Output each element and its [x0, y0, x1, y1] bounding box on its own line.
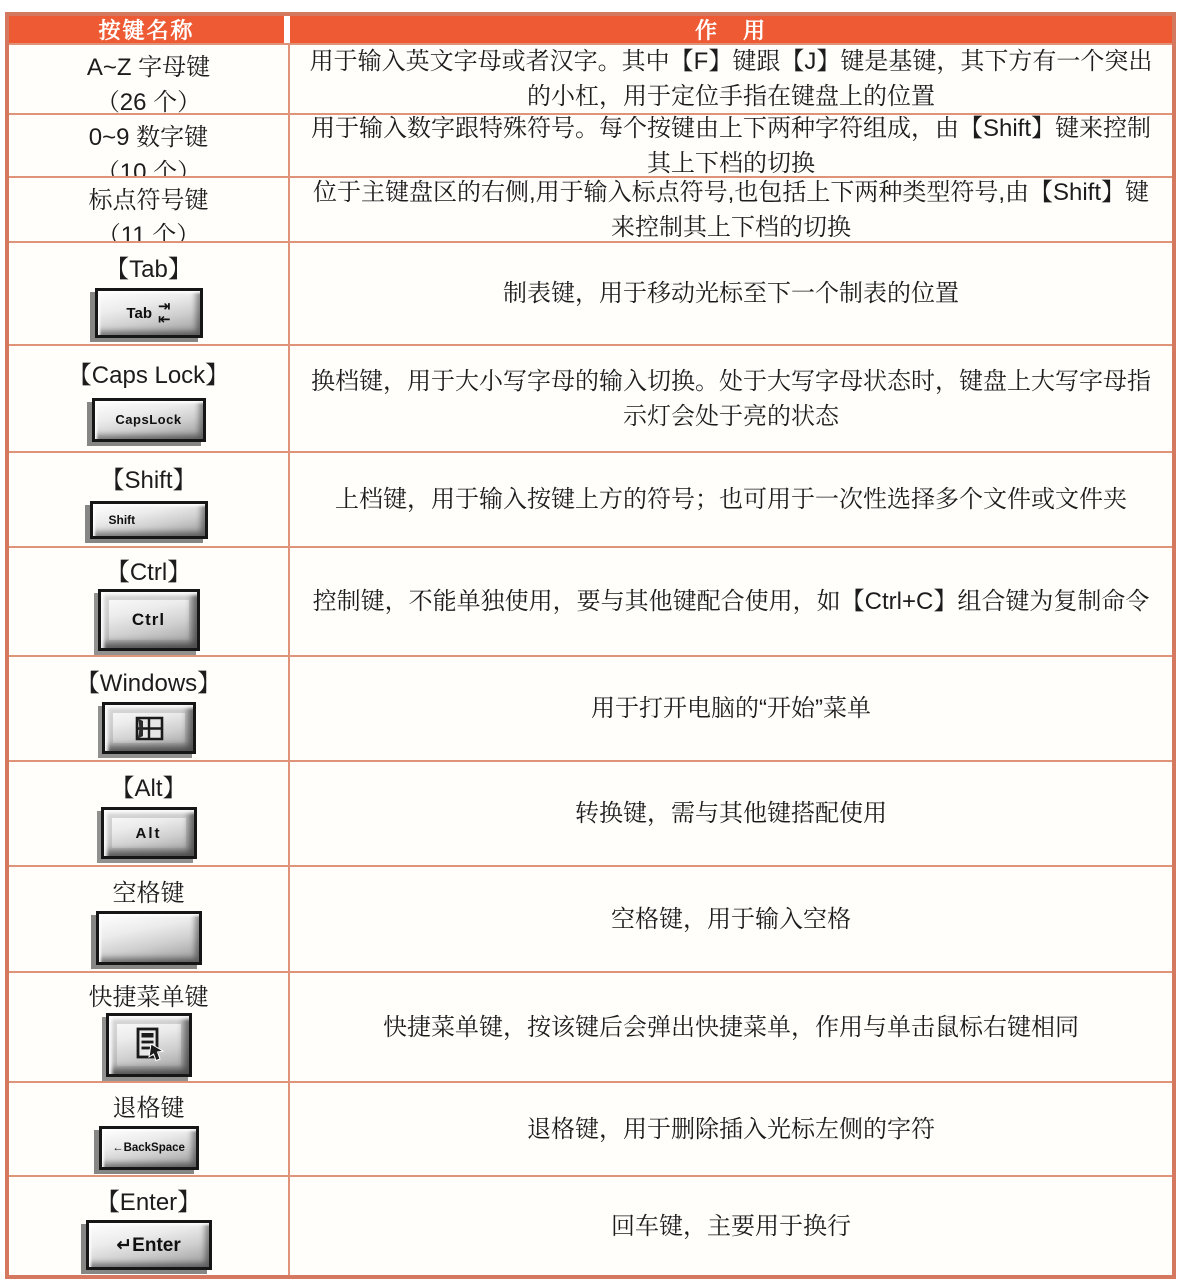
- menu-keycap-image: [106, 1013, 192, 1077]
- key-name-label: 0~9 数字键: [89, 117, 208, 152]
- function-cell: 转换键，需与其他键搭配使用: [290, 760, 1172, 865]
- key-name-cell-shift: 【Shift】 Shift: [9, 451, 290, 546]
- key-name-label: 标点符号键: [89, 180, 209, 215]
- function-text: 空格键，用于输入空格: [611, 902, 851, 937]
- capslock-key-face: CapsLock: [115, 412, 181, 427]
- keyboard-keys-reference-table-page: 按键名称 作 用 A~Z 字母键 （26 个） 用于输入英文字母或者汉字。其中【…: [0, 0, 1182, 1280]
- key-name-cell-backspace: 退格键 ←BackSpace: [9, 1081, 290, 1175]
- function-text: 用于打开电脑的“开始”菜单: [591, 691, 871, 726]
- function-text: 上档键，用于输入按键上方的符号；也可用于一次性选择多个文件或文件夹: [335, 482, 1127, 517]
- key-name-cell-windows: 【Windows】: [9, 655, 290, 760]
- tab-key-face: Tab: [126, 305, 152, 322]
- function-cell: 控制键，不能单独使用，要与其他键配合使用，如【Ctrl+C】组合键为复制命令: [290, 546, 1172, 655]
- function-cell: 制表键，用于移动光标至下一个制表的位置: [290, 241, 1172, 344]
- function-cell: 退格键，用于删除插入光标左侧的字符: [290, 1081, 1172, 1175]
- key-name-cell-punctuation: 标点符号键 （11 个）: [9, 176, 290, 241]
- windows-logo-icon: [132, 715, 166, 742]
- key-name-cell-alt: 【Alt】 Alt: [9, 760, 290, 865]
- shift-keycap-image: Shift: [90, 501, 208, 539]
- function-text: 退格键，用于删除插入光标左侧的字符: [527, 1112, 935, 1147]
- space-keycap-image: [96, 911, 202, 965]
- function-text: 控制键，不能单独使用，要与其他键配合使用，如【Ctrl+C】组合键为复制命令: [313, 584, 1150, 619]
- key-count-label: （26 个）: [96, 82, 201, 117]
- alt-keycap-image: Alt: [101, 807, 197, 859]
- key-name-cell-digits: 0~9 数字键 （10 个）: [9, 113, 290, 176]
- backspace-keycap-image: ←BackSpace: [99, 1126, 199, 1170]
- header-key-name: 按键名称: [9, 16, 290, 43]
- key-name-label: 【Alt】: [110, 768, 186, 803]
- function-cell: 回车键，主要用于换行: [290, 1175, 1172, 1275]
- key-name-cell-capslock: 【Caps Lock】 CapsLock: [9, 344, 290, 451]
- function-cell: 用于输入英文字母或者汉字。其中【F】键跟【J】键是基键，其下方有一个突出的小杠，…: [290, 43, 1172, 113]
- key-name-cell-ctrl: 【Ctrl】 Ctrl: [9, 546, 290, 655]
- shift-key-face: Shift: [109, 513, 136, 527]
- function-cell: 用于输入数字跟特殊符号。每个按键由上下两种字符组成，由【Shift】键来控制其上…: [290, 113, 1172, 176]
- key-name-label: 【Tab】: [105, 249, 192, 284]
- function-cell: 快捷菜单键，按该键后会弹出快捷菜单，作用与单击鼠标右键相同: [290, 971, 1172, 1081]
- tab-arrow-left: ⇤: [158, 313, 171, 326]
- key-name-label: 【Windows】: [76, 663, 221, 698]
- function-cell: 位于主键盘区的右侧,用于输入标点符号,也包括上下两种类型符号,由【Shift】键…: [290, 176, 1172, 241]
- key-name-label: 快捷菜单键: [89, 977, 209, 1012]
- function-cell: 用于打开电脑的“开始”菜单: [290, 655, 1172, 760]
- function-cell: 上档键，用于输入按键上方的符号；也可用于一次性选择多个文件或文件夹: [290, 451, 1172, 546]
- header-key-name-label: 按键名称: [98, 14, 194, 45]
- key-name-label: 退格键: [113, 1088, 185, 1123]
- enter-key-face: ↵Enter: [116, 1234, 181, 1257]
- key-name-cell-letters: A~Z 字母键 （26 个）: [9, 43, 290, 113]
- function-text: 快捷菜单键，按该键后会弹出快捷菜单，作用与单击鼠标右键相同: [383, 1010, 1079, 1045]
- tab-arrows-icon: ⇥ ⇤: [158, 300, 171, 326]
- key-name-cell-enter: 【Enter】 ↵Enter: [9, 1175, 290, 1275]
- function-text: 回车键，主要用于换行: [611, 1209, 851, 1244]
- key-name-label: 【Caps Lock】: [68, 355, 229, 390]
- function-text: 换档键，用于大小写字母的输入切换。处于大写字母状态时，键盘上大写字母指示灯会处于…: [304, 364, 1158, 434]
- keyboard-keys-table: 按键名称 作 用 A~Z 字母键 （26 个） 用于输入英文字母或者汉字。其中【…: [5, 12, 1176, 1279]
- key-name-cell-space: 空格键: [9, 865, 290, 971]
- capslock-keycap-image: CapsLock: [92, 398, 206, 442]
- function-text: 位于主键盘区的右侧,用于输入标点符号,也包括上下两种类型符号,由【Shift】键…: [304, 175, 1158, 245]
- menu-icon: [134, 1027, 164, 1063]
- header-function: 作 用: [290, 16, 1172, 43]
- tab-keycap-image: Tab ⇥ ⇤: [95, 288, 203, 338]
- enter-keycap-image: ↵Enter: [86, 1220, 212, 1270]
- ctrl-key-face: Ctrl: [132, 610, 165, 630]
- key-name-label: 【Enter】: [96, 1182, 201, 1217]
- function-text: 转换键，需与其他键搭配使用: [575, 796, 887, 831]
- function-text: 制表键，用于移动光标至下一个制表的位置: [503, 276, 959, 311]
- alt-key-face: Alt: [136, 825, 162, 842]
- function-text: 用于输入数字跟特殊符号。每个按键由上下两种字符组成，由【Shift】键来控制其上…: [304, 111, 1158, 181]
- ctrl-keycap-image: Ctrl: [98, 589, 200, 651]
- function-cell: 空格键，用于输入空格: [290, 865, 1172, 971]
- key-name-label: A~Z 字母键: [87, 47, 210, 82]
- function-text: 用于输入英文字母或者汉字。其中【F】键跟【J】键是基键，其下方有一个突出的小杠，…: [304, 44, 1158, 114]
- key-name-label: 空格键: [113, 873, 185, 908]
- key-name-label: 【Ctrl】: [106, 552, 191, 587]
- windows-keycap-image: [102, 702, 196, 754]
- key-name-cell-menu: 快捷菜单键: [9, 971, 290, 1081]
- function-cell: 换档键，用于大小写字母的输入切换。处于大写字母状态时，键盘上大写字母指示灯会处于…: [290, 344, 1172, 451]
- header-function-label: 作 用: [695, 14, 767, 45]
- key-name-label: 【Shift】: [100, 460, 196, 495]
- key-name-cell-tab: 【Tab】 Tab ⇥ ⇤: [9, 241, 290, 344]
- backspace-key-face: ←BackSpace: [112, 1142, 185, 1154]
